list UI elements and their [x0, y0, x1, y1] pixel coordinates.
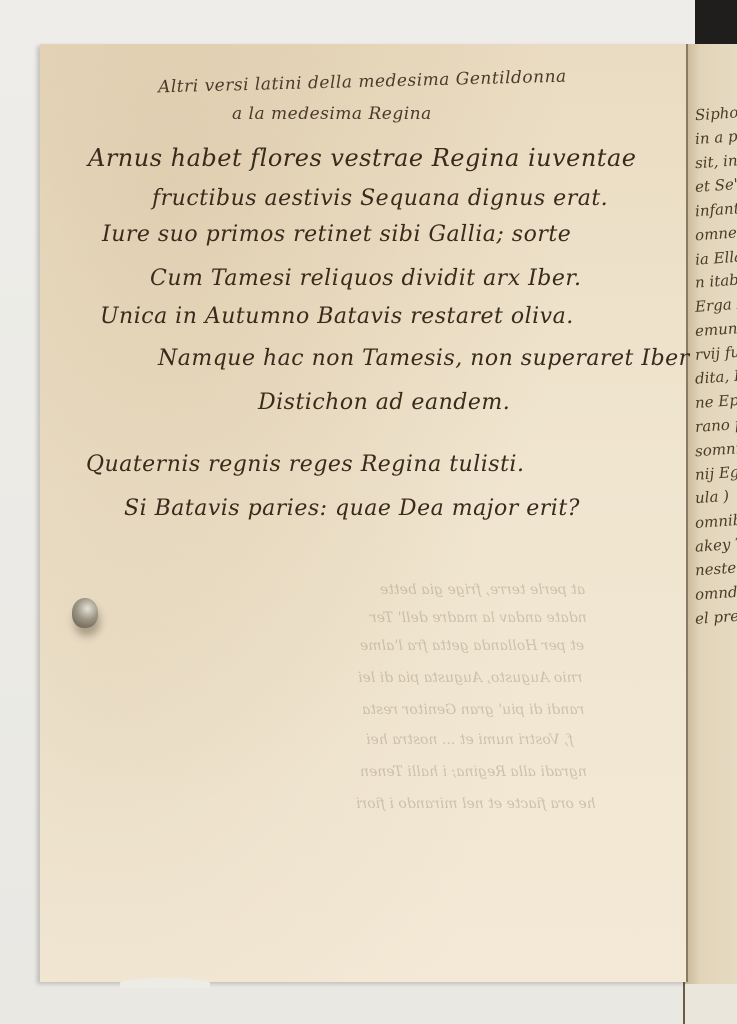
bleed-through-line: at perle terre, frige gia bette [380, 582, 585, 598]
adjacent-text-line: el pred [694, 606, 737, 628]
heading-line-1: Altri versi latini della medesima Gentil… [158, 67, 567, 98]
adjacent-text-line: sit, incel [694, 150, 737, 172]
adjacent-text-line: rvij fun [694, 342, 737, 364]
distichon-title: Distichon ad eandem. [258, 390, 510, 415]
adjacent-text-line: Erga E [694, 294, 737, 316]
bleed-through-line: ndate andav la madre dell' Ter [370, 610, 587, 626]
adjacent-text-line: et Se'la [694, 174, 737, 196]
bleed-through-line: et per Hollanda getta fra l'alme [360, 638, 584, 654]
manuscript-page: Altri versi latini della medesima Gentil… [40, 44, 688, 982]
adjacent-text-line: akey T [694, 534, 737, 555]
poem-line-1: Arnus habet flores vestrae Regina iuvent… [88, 144, 636, 172]
adjacent-text-line: omnibu [694, 510, 737, 532]
adjacent-text-line: omne' Et [694, 222, 737, 245]
adjacent-text-line: ula ) [694, 487, 729, 507]
bleed-through-line: ngradi alla Regina; i halli Tenen [360, 764, 587, 780]
bleed-through-line: f, Vostri numi et ... nostra hei [366, 732, 573, 748]
bleed-through-line: he ora fiacte et nel mirando i fiori [356, 796, 596, 812]
page-edge-tear [120, 978, 210, 988]
adjacent-text-line: ne Ep a [694, 390, 737, 412]
adjacent-text-line: neste [694, 559, 736, 580]
adjacent-text-line: rano py [694, 414, 737, 436]
adjacent-text-line: nij Egy [694, 462, 737, 484]
pin-head [72, 598, 98, 628]
adjacent-text-line: omnde [694, 582, 737, 604]
poem-line-5: Unica in Autumno Batavis restaret oliva. [100, 304, 574, 329]
distichon-line-2: Si Batavis paries: quae Dea major erit? [124, 496, 580, 521]
bleed-through-line: rnio Augusto, Augusta pia di lei [358, 670, 582, 686]
poem-line-6: Namque hac non Tamesis, non superaret Ib… [158, 346, 690, 371]
distichon-line-1: Quaternis regnis reges Regina tulisti. [86, 452, 524, 477]
adjacent-page: Siphomo in a pas sit, incel et Se'la inf… [683, 44, 737, 1024]
adjacent-text-line: dita, E [694, 366, 737, 387]
adjacent-text-line: ia Ella Bat [694, 245, 737, 268]
poem-line-4: Cum Tamesi reliquos dividit arx Iber. [150, 266, 581, 291]
adjacent-text-line: n itabi [694, 270, 737, 291]
poem-line-3: Iure suo primos retinet sibi Gallia; sor… [102, 222, 571, 247]
adjacent-text-line: infantius [694, 198, 737, 221]
adjacent-text-line: in a pas [694, 126, 737, 148]
bleed-through-line: randi di piu' gran Genitor resta [362, 702, 584, 718]
poem-line-2: fructibus aestivis Sequana dignus erat. [152, 186, 608, 211]
heading-line-2: a la medesima Regina [232, 104, 432, 124]
adjacent-text-line: somnis b [694, 438, 737, 461]
adjacent-page-lower-sheet [685, 984, 737, 1024]
adjacent-text-line: emuni n [694, 318, 737, 340]
adjacent-text-line: Siphomo [694, 102, 737, 125]
